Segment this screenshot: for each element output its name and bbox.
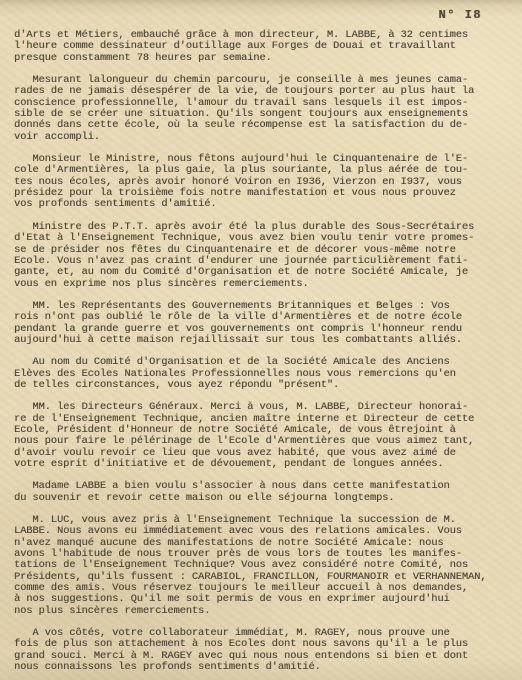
paragraph: Monsieur le Ministre, nous fêtons aujour… bbox=[14, 154, 510, 211]
paragraph: Ministre des P.T.T. après avoir été la p… bbox=[14, 222, 510, 290]
paragraph: Madame LABBE a bien voulu s'associer à n… bbox=[14, 481, 510, 504]
paragraph: M. LUC, vous avez pris à l'Enseignement … bbox=[14, 515, 510, 617]
paragraph: MM. les Directeurs Généraux. Merci à vou… bbox=[14, 402, 510, 470]
document-body: d'Arts et Métiers, embauché grâce à mon … bbox=[14, 30, 510, 680]
document-page: N° I8 d'Arts et Métiers, embauché grâce … bbox=[0, 0, 522, 680]
paragraph: MM. les Représentants des Gouvernements … bbox=[14, 301, 510, 346]
page-number: N° I8 bbox=[438, 8, 482, 22]
paragraph: A vos côtés, votre collaborateur immédia… bbox=[14, 628, 510, 673]
paragraph: d'Arts et Métiers, embauché grâce à mon … bbox=[14, 30, 510, 64]
paragraph: Mesurant lalongueur du chemin parcouru, … bbox=[14, 75, 510, 143]
paragraph: Au nom du Comité d'Organisation et de la… bbox=[14, 357, 510, 391]
